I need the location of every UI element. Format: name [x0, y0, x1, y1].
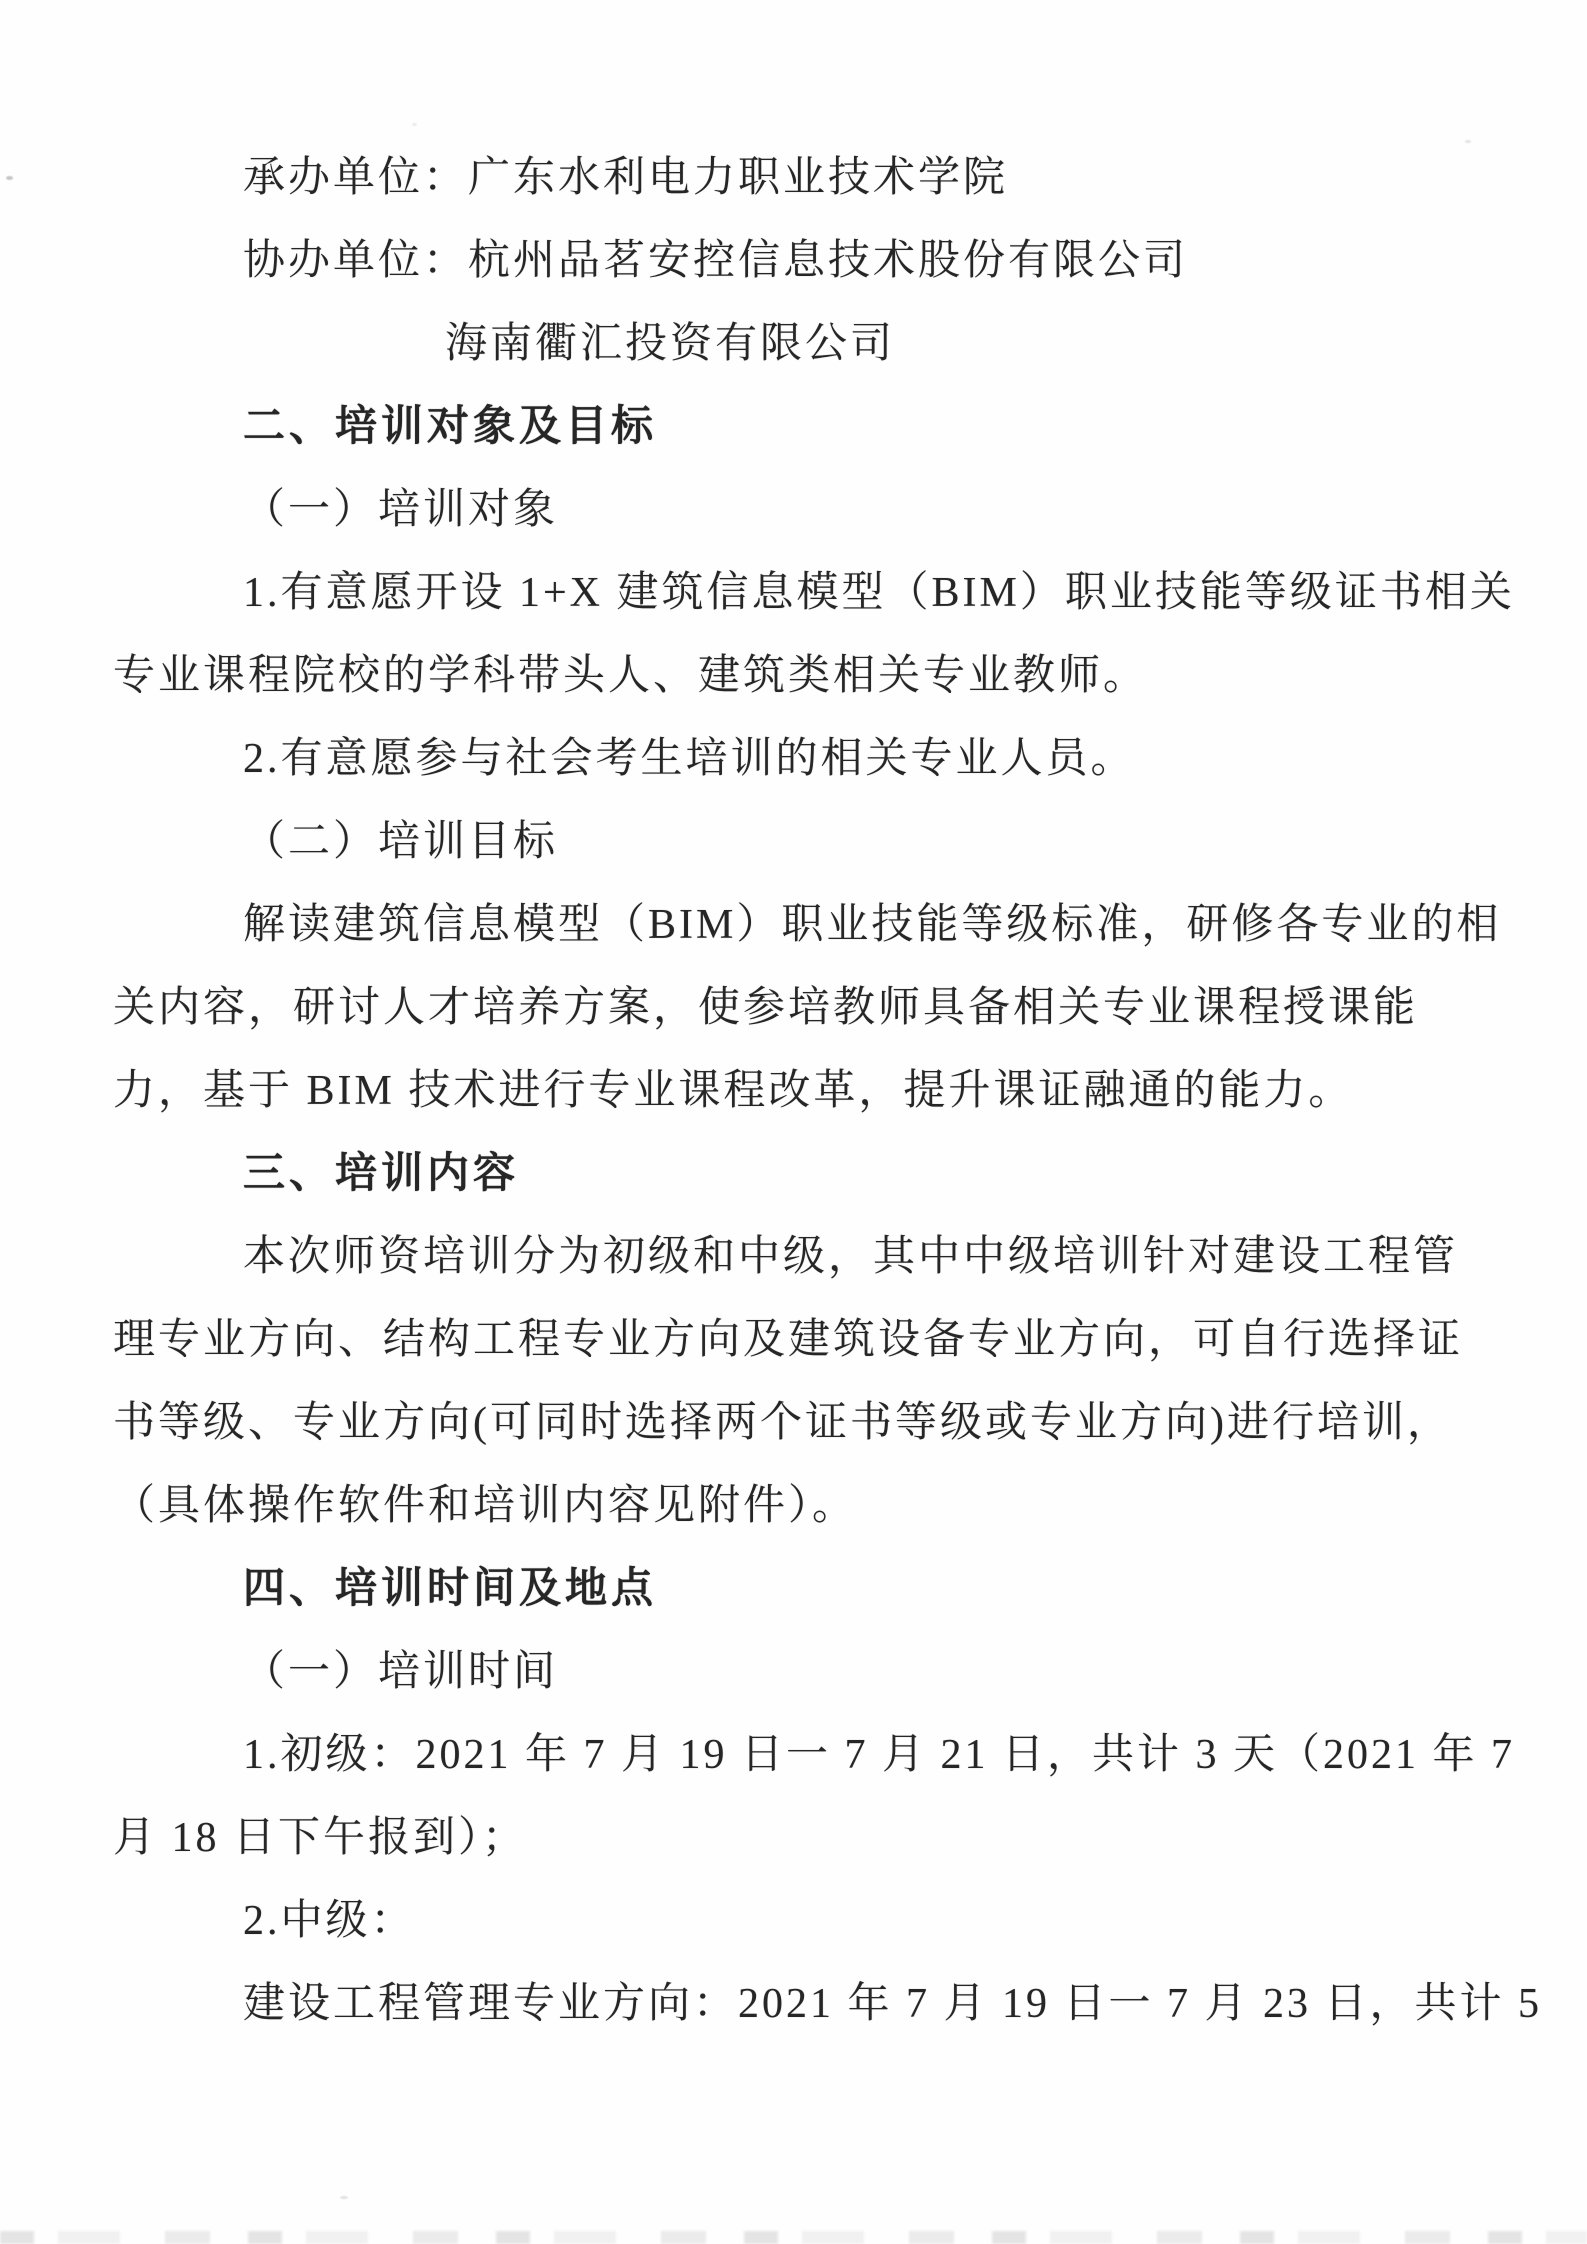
subsection-heading-goal: （二）培训目标	[113, 801, 1493, 884]
paragraph-line: 建设工程管理专业方向：2021 年 7 月 19 日一 7 月 23 日，共计 …	[113, 1963, 1493, 2046]
paragraph-line: 2.中级：	[113, 1880, 1493, 1963]
paragraph-line: 专业课程院校的学科带头人、建筑类相关专业教师。	[113, 635, 1493, 718]
scan-speck	[6, 176, 13, 180]
paragraph-line: 书等级、专业方向(可同时选择两个证书等级或专业方向)进行培训，	[113, 1382, 1493, 1465]
scanned-document-page: 承办单位：广东水利电力职业技术学院 协办单位：杭州品茗安控信息技术股份有限公司 …	[0, 0, 1587, 2244]
document-body: 承办单位：广东水利电力职业技术学院 协办单位：杭州品茗安控信息技术股份有限公司 …	[113, 137, 1493, 2046]
paragraph-line: 月 18 日下午报到）；	[113, 1797, 1493, 1880]
co-organizer-line-2: 海南衢汇投资有限公司	[113, 303, 1493, 386]
scan-noise-band	[0, 2231, 1587, 2244]
subsection-heading-trainees: （一）培训对象	[113, 469, 1493, 552]
paragraph-line: 1.初级：2021 年 7 月 19 日一 7 月 21 日，共计 3 天（20…	[113, 1714, 1493, 1797]
section-heading-time-place: 四、培训时间及地点	[113, 1548, 1493, 1631]
section-heading-targets: 二、培训对象及目标	[113, 386, 1493, 469]
co-organizer-line: 协办单位：杭州品茗安控信息技术股份有限公司	[113, 220, 1493, 303]
scan-speck	[1465, 140, 1471, 143]
paragraph-line: 关内容，研讨人才培养方案，使参培教师具备相关专业课程授课能	[113, 967, 1493, 1050]
paragraph-line: 理专业方向、结构工程专业方向及建筑设备专业方向，可自行选择证	[113, 1299, 1493, 1382]
paragraph-line: 1.有意愿开设 1+X 建筑信息模型（BIM）职业技能等级证书相关	[113, 552, 1493, 635]
paragraph-line: 本次师资培训分为初级和中级，其中中级培训针对建设工程管	[113, 1216, 1493, 1299]
paragraph-line: 解读建筑信息模型（BIM）职业技能等级标准，研修各专业的相	[113, 884, 1493, 967]
scan-speck	[340, 2196, 348, 2199]
organizer-line: 承办单位：广东水利电力职业技术学院	[113, 137, 1493, 220]
paragraph-line: 2.有意愿参与社会考生培训的相关专业人员。	[113, 718, 1493, 801]
scan-speck	[412, 123, 417, 126]
section-heading-content: 三、培训内容	[113, 1133, 1493, 1216]
subsection-heading-time: （一）培训时间	[113, 1631, 1493, 1714]
paragraph-line: （具体操作软件和培训内容见附件）。	[113, 1465, 1493, 1548]
paragraph-line: 力，基于 BIM 技术进行专业课程改革，提升课证融通的能力。	[113, 1050, 1493, 1133]
